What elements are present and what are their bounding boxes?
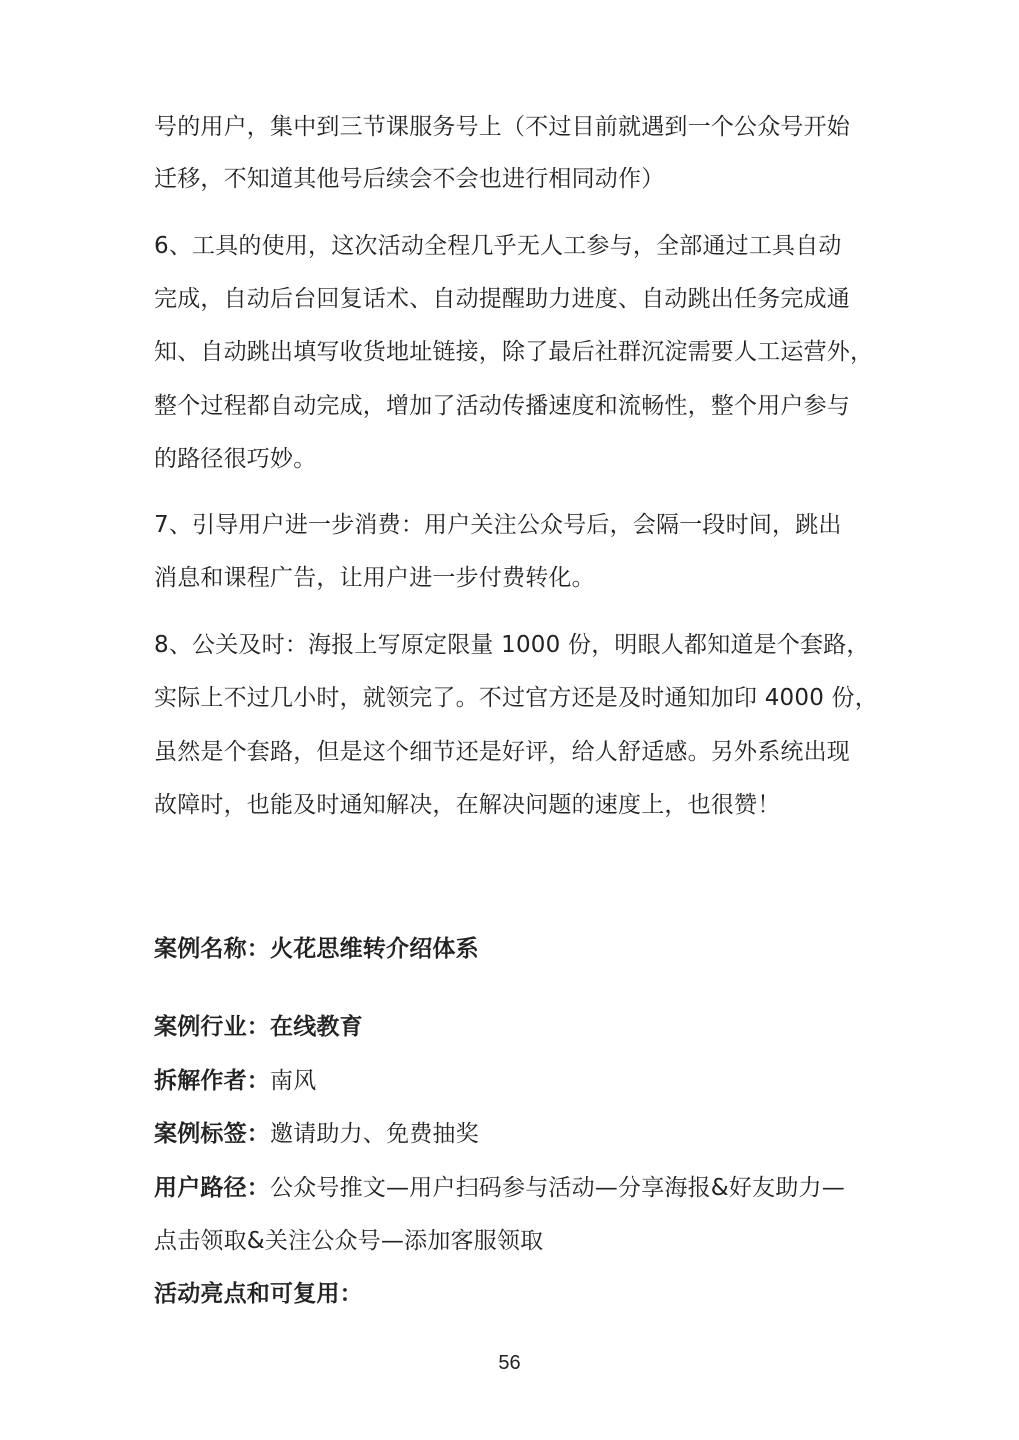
case-path-value: 公众号推文—用户扫码参与活动—分享海报&好友助力— (270, 1175, 845, 1201)
case-name-label: 案例名称： (154, 936, 270, 962)
case-highlights-heading: 活动亮点和可复用： (154, 1279, 874, 1309)
document-page: 号的用户，集中到三节课服务号上（不过目前就遇到一个公众号开始 迁移，不知道其他号… (0, 0, 1019, 1440)
case-author: 拆解作者：南风 (154, 1066, 874, 1096)
case-tags-value: 邀请助力、免费抽奖 (270, 1121, 479, 1147)
point-6-line: 的路径很巧妙。 (154, 444, 874, 474)
point-6-line: 整个过程都自动完成，增加了活动传播速度和流畅性，整个用户参与 (154, 391, 874, 421)
point-6-line: 知、自动跳出填写收货地址链接，除了最后社群沉淀需要人工运营外， (154, 337, 874, 367)
paragraph-line: 迁移，不知道其他号后续会不会也进行相同动作） (154, 164, 874, 194)
point-8-line: 虽然是个套路，但是这个细节还是好评，给人舒适感。另外系统出现 (154, 737, 874, 767)
paragraph-line: 号的用户，集中到三节课服务号上（不过目前就遇到一个公众号开始 (154, 112, 874, 142)
case-industry-label: 案例行业： (154, 1014, 270, 1040)
case-path: 用户路径：公众号推文—用户扫码参与活动—分享海报&好友助力— (154, 1173, 874, 1203)
point-8-line: 8、公关及时：海报上写原定限量 1000 份，明眼人都知道是个套路， (154, 630, 874, 660)
case-author-label: 拆解作者： (154, 1068, 270, 1094)
case-path-label: 用户路径： (154, 1175, 270, 1201)
case-name-value: 火花思维转介绍体系 (270, 936, 479, 962)
point-6-line: 6、工具的使用，这次活动全程几乎无人工参与，全部通过工具自动 (154, 231, 874, 261)
case-industry: 案例行业：在线教育 (154, 1012, 874, 1042)
point-7-line: 7、引导用户进一步消费：用户关注公众号后，会隔一段时间，跳出 (154, 510, 874, 540)
page-number: 56 (0, 1350, 1019, 1376)
point-8-line: 实际上不过几小时，就领完了。不过官方还是及时通知加印 4000 份， (154, 683, 874, 713)
case-path-continued: 点击领取&关注公众号—添加客服领取 (154, 1226, 874, 1256)
case-tags-label: 案例标签： (154, 1121, 270, 1147)
case-industry-value: 在线教育 (270, 1014, 363, 1040)
case-name: 案例名称：火花思维转介绍体系 (154, 934, 874, 964)
point-7-line: 消息和课程广告，让用户进一步付费转化。 (154, 563, 874, 593)
point-8-line: 故障时，也能及时通知解决，在解决问题的速度上，也很赞！ (154, 790, 874, 820)
case-tags: 案例标签：邀请助力、免费抽奖 (154, 1119, 874, 1149)
point-6-line: 完成，自动后台回复话术、自动提醒助力进度、自动跳出任务完成通 (154, 284, 874, 314)
case-author-value: 南风 (270, 1068, 316, 1094)
